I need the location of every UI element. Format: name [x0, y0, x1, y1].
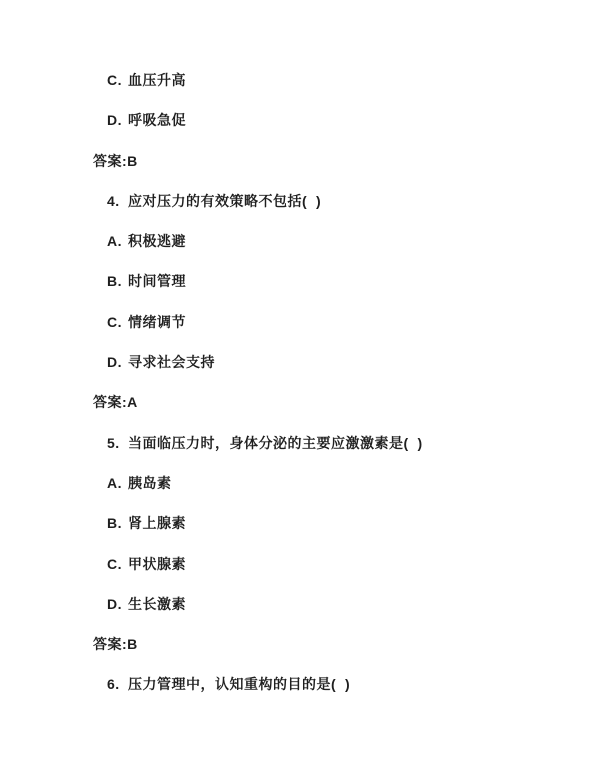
option-line: B.肾上腺素 — [0, 514, 600, 532]
answer-line: 答案:A — [0, 393, 600, 411]
option-text: 血压升高 — [128, 72, 186, 88]
option-letter: C. — [107, 555, 128, 573]
question-number: 5. — [107, 434, 128, 452]
option-line: C.甲状腺素 — [0, 555, 600, 573]
question-line: 6.压力管理中，认知重构的目的是( ) — [0, 675, 600, 693]
option-line: D.呼吸急促 — [0, 111, 600, 129]
option-text: 积极逃避 — [128, 233, 186, 249]
option-text: 胰岛素 — [128, 475, 172, 491]
option-text: 情绪调节 — [128, 314, 186, 330]
question-text: 压力管理中，认知重构的目的是( ) — [128, 676, 350, 692]
question-line: 5.当面临压力时，身体分泌的主要应激激素是( ) — [0, 434, 600, 452]
option-letter: A. — [107, 474, 128, 492]
option-line: D.生长激素 — [0, 595, 600, 613]
answer-line: 答案:B — [0, 152, 600, 170]
question-text: 当面临压力时，身体分泌的主要应激激素是( ) — [128, 435, 423, 451]
quiz-content: C.血压升高 D.呼吸急促 答案:B 4.应对压力的有效策略不包括( ) A.积… — [0, 0, 600, 693]
question-text: 应对压力的有效策略不包括( ) — [128, 193, 321, 209]
option-letter: D. — [107, 595, 128, 613]
option-text: 甲状腺素 — [128, 556, 186, 572]
option-letter: C. — [107, 313, 128, 331]
option-text: 肾上腺素 — [128, 515, 186, 531]
option-text: 寻求社会支持 — [128, 354, 215, 370]
option-line: A.积极逃避 — [0, 232, 600, 250]
answer-line: 答案:B — [0, 635, 600, 653]
option-letter: C. — [107, 71, 128, 89]
question-number: 4. — [107, 192, 128, 210]
option-letter: D. — [107, 111, 128, 129]
option-text: 呼吸急促 — [128, 112, 186, 128]
question-number: 6. — [107, 675, 128, 693]
option-line: B.时间管理 — [0, 272, 600, 290]
option-line: D.寻求社会支持 — [0, 353, 600, 371]
option-letter: A. — [107, 232, 128, 250]
option-letter: B. — [107, 272, 128, 290]
option-line: A.胰岛素 — [0, 474, 600, 492]
document-page: C.血压升高 D.呼吸急促 答案:B 4.应对压力的有效策略不包括( ) A.积… — [0, 0, 600, 776]
answer-text: 答案:B — [93, 153, 138, 169]
option-line: C.情绪调节 — [0, 313, 600, 331]
option-text: 时间管理 — [128, 273, 186, 289]
answer-text: 答案:A — [93, 394, 138, 410]
option-letter: B. — [107, 514, 128, 532]
question-line: 4.应对压力的有效策略不包括( ) — [0, 192, 600, 210]
option-text: 生长激素 — [128, 596, 186, 612]
option-line: C.血压升高 — [0, 71, 600, 89]
answer-text: 答案:B — [93, 636, 138, 652]
option-letter: D. — [107, 353, 128, 371]
